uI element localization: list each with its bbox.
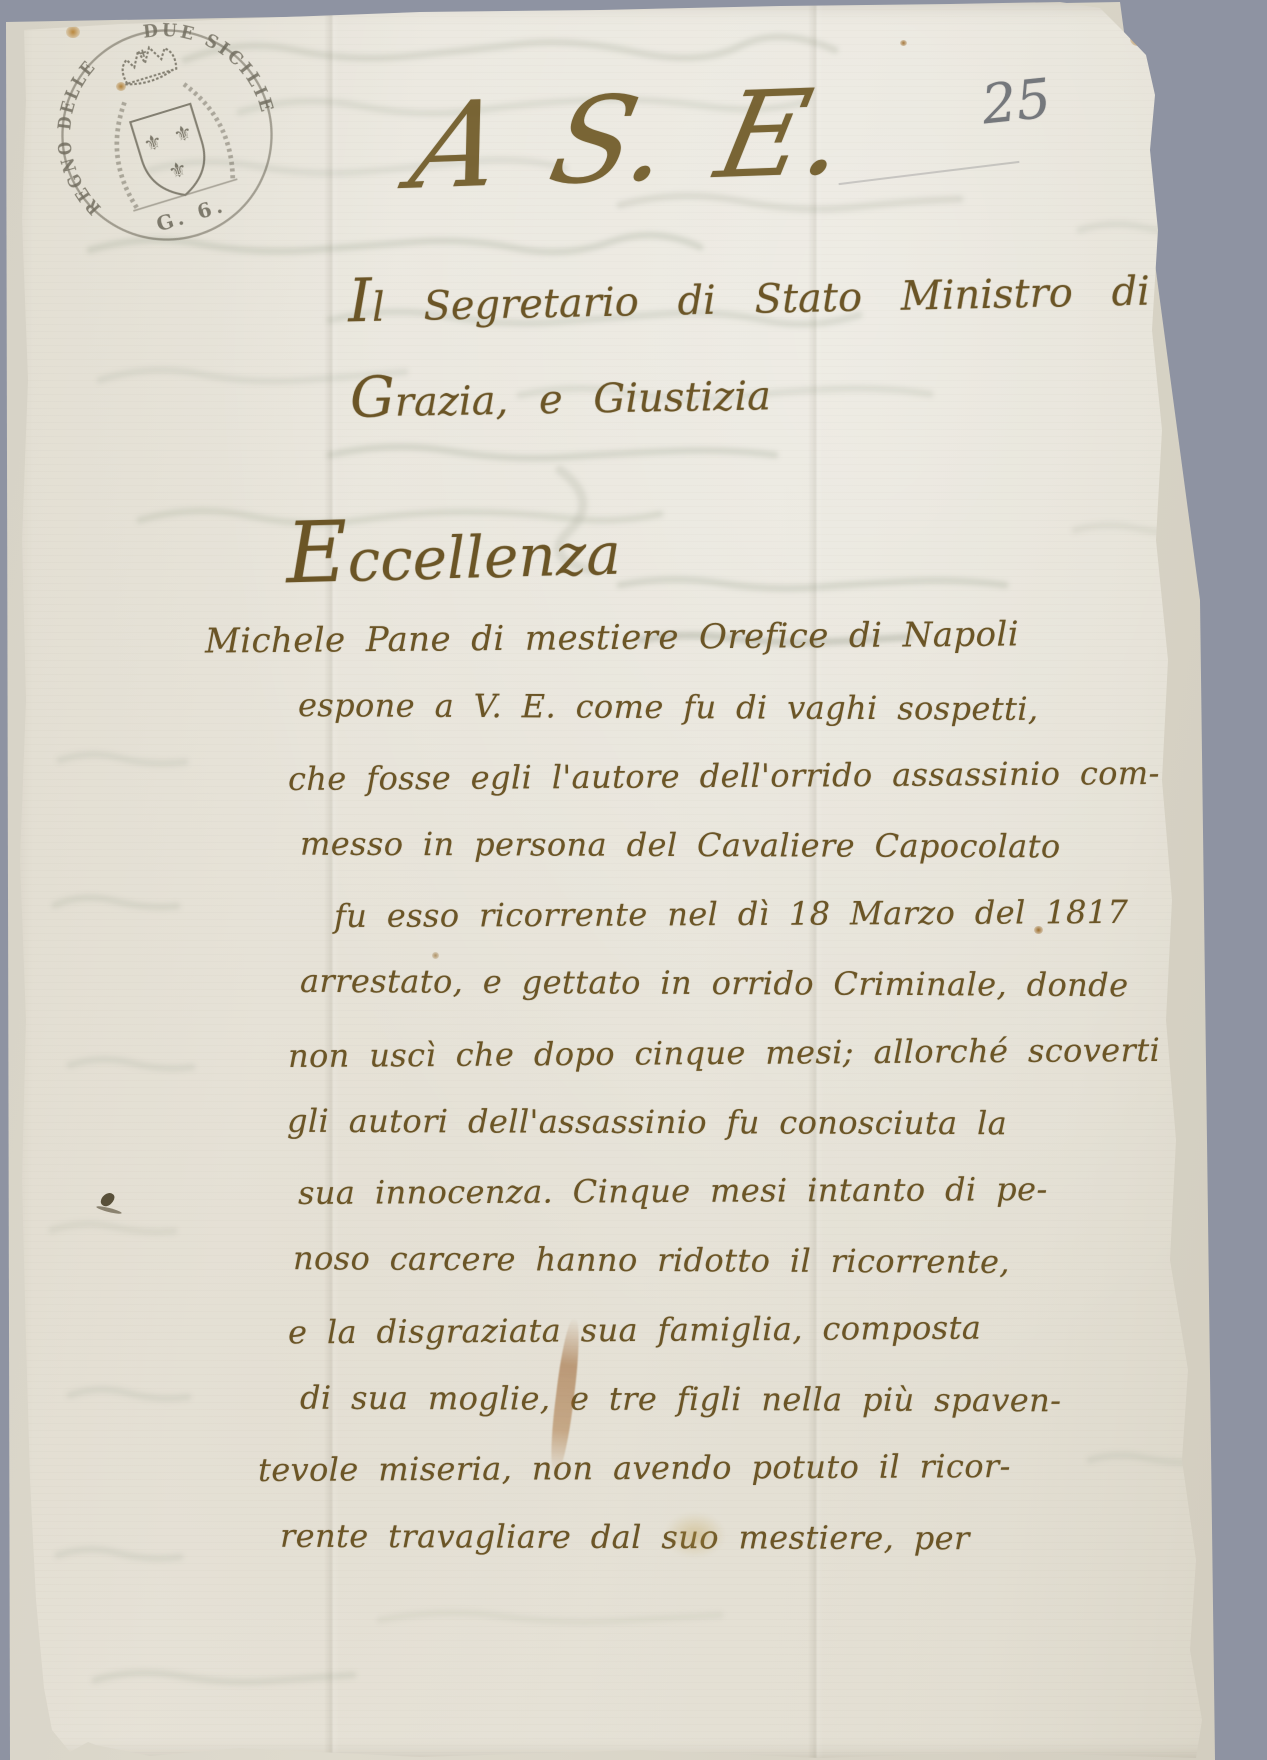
body-line: e la disgraziata sua famiglia, composta <box>288 1309 982 1352</box>
fleur-de-lis-icon: ⚜ <box>165 156 190 184</box>
addressee-line-1: Il Segretario di Stato Ministro di <box>347 250 1150 337</box>
salutation: Eccellenza <box>285 496 622 603</box>
body-line: sua innocenza. Cinque mesi intanto di pe… <box>298 1170 1048 1212</box>
foxing-stain <box>432 952 439 959</box>
ink-blot <box>99 1190 117 1209</box>
addressee-line-2: Grazia, e Giustizia <box>349 358 771 430</box>
fleur-de-lis-icon: ⚜ <box>171 120 196 148</box>
body-line: rente travagliare dal suo mestiere, per <box>280 1517 970 1557</box>
crown-icon <box>117 41 179 88</box>
body-line: espone a V. E. come fu di vaghi sospetti… <box>298 686 1039 728</box>
body-line: arrestato, e gettato in orrido Criminale… <box>300 962 1129 1004</box>
body-line: di sua moglie, e tre figli nella più spa… <box>300 1379 1062 1420</box>
fleur-de-lis-icon: ⚜ <box>141 129 166 157</box>
body-line: gli autori dell'assassinio fu conosciuta… <box>287 1102 1007 1143</box>
body-line: messo in persona del Cavaliere Capocolat… <box>300 825 1061 866</box>
monogram-letter: A <box>400 74 515 216</box>
manuscript-page: ⚜ ⚜ ⚜ REGNO DELLE DUE SICILIE G. 6. 25 A… <box>0 0 1267 1760</box>
body-line: fu esso ricorrente nel dì 18 Marzo del 1… <box>334 893 1129 935</box>
foxing-stain <box>900 40 907 46</box>
document-scan: ⚜ ⚜ ⚜ REGNO DELLE DUE SICILIE G. 6. 25 A… <box>0 0 1267 1760</box>
body-line: Michele Pane di mestiere Orefice di Napo… <box>205 614 1019 661</box>
body-line: noso carcere hanno ridotto il ricorrente… <box>293 1239 1010 1281</box>
body-line: non uscì che dopo cinque mesi; allorché … <box>288 1031 1160 1075</box>
fold-crease-left <box>324 0 340 1760</box>
revenue-stamp: ⚜ ⚜ ⚜ REGNO DELLE DUE SICILIE G. 6. <box>23 0 310 279</box>
body-line: tevole miseria, non avendo potuto il ric… <box>258 1447 1011 1489</box>
foxing-stain <box>66 26 80 38</box>
monogram-letter: S. <box>539 68 683 211</box>
pencil-stroke <box>839 161 1020 185</box>
stamp-control-number: G. 6. <box>153 192 229 236</box>
ink-blot-tail <box>96 1205 122 1215</box>
foxing-stain <box>1130 32 1146 46</box>
monogram-ase: A S. E. <box>413 63 848 216</box>
pencil-page-number: 25 <box>979 67 1054 137</box>
body-line: che fosse egli l'autore dell'orrido assa… <box>288 754 1160 798</box>
monogram-letter: E. <box>706 62 859 205</box>
